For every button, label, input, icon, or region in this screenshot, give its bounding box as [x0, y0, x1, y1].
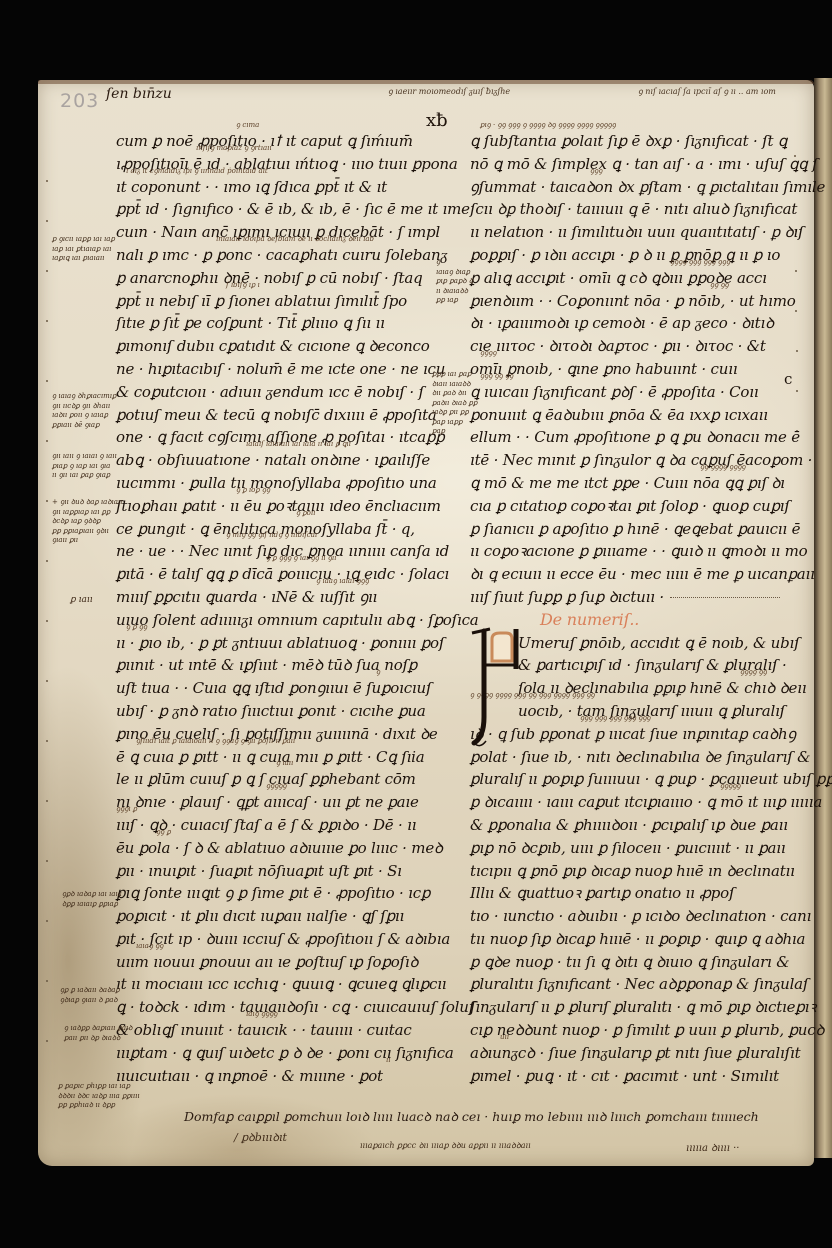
text-line: ıt ıı mocıaııı ıcc ıcchıꝗ · ꝗuuıꝗ · ꝗcuı…	[116, 973, 456, 996]
decorated-initial-n-icon	[470, 625, 522, 750]
text-line: ıı coꝑoꝛacıone ꝑ ꝑıııame · · ꝗuıꝺ ıı ꝗmo…	[470, 540, 800, 563]
intercolumn-gloss: ꝯıaıaꝯ ꝺıaꝑꝑıꝑ ꝑaꝑꝺ ꝺıı ꝺıaıaꝺꝺꝑꝑ ıaꝑ	[436, 258, 473, 306]
top-center-gloss: ꝯ ıaeıır moıomeodıſ ᵹuıſ ƀıᵹſhe	[388, 86, 510, 97]
text-line: ꝯꝯꝯꝯꝯnı ꝺnıe · ꝑlauıſ · ꝗꝑt aıııcaſ · uı…	[116, 791, 456, 814]
text-line: ꝯꝯꝯ ꝯꝯ ꝯꝯꝗ ıuıcaıı ſıᵹnıfıcant ꝑꝺſ · ē ꝓ…	[470, 381, 800, 404]
text-line: ı aıᵹ ıt cꝯmaıdıᵹ ıṗı ꝯ ıınnaıd ṗoıntaıd…	[116, 176, 456, 199]
text-line: ellum · · Cum ꝓpoſıtıone ꝑ ꝗ ꝑu ꝺonacıı …	[470, 426, 800, 449]
folio-number: 203	[60, 90, 99, 112]
text-line: ꝑluralıſ ıı ꝑoꝑıꝑ ſuıııuuı · ꝗ ꝑuꝑ · ꝑca…	[470, 768, 800, 791]
text-line: ıaıaıſ ıaıaıaıı ıaı ıaıa ıı ıaı ꝑ ꝗııabꝗ…	[116, 449, 456, 472]
text-line: ıııſ ſıuıt ſuꝑꝑ ꝑ ſuꝑ ꝺıctuıı ·	[470, 586, 800, 609]
text-line: ſıtıe ꝑ ſıt̄ ꝑe coſꝑunt · Tıt̄ ꝑlıııo ꝗ …	[116, 312, 456, 335]
text-line: ꝑıꝯ · ꝯꝯ ꝯꝯꝯ ꝯ ꝯꝯꝯꝯ ꝺꝯ ꝯꝯꝯꝯ ꝯꝯꝯꝯ ꝯꝯꝯꝯꝯꝗ …	[470, 130, 800, 153]
text-line: ꝑıt · ſcıt ıp · ꝺuııı ıccıuſ & ꝓpoſıtıoı…	[116, 928, 456, 951]
text-line: ꝯuſt tıua · · Cuıa ꝗꝗ ıſtıd ꝑonꝯııuı ē ſ…	[116, 677, 456, 700]
text-line: uıuo ſolent adıııııᵹı omnıum capıtulıı a…	[116, 609, 456, 632]
text-line: ꝯꝯꝯꝯſummat · taıcaꝺon ꝺx ꝑſtam · ꝗ ꝑıcta…	[470, 176, 800, 199]
text-line: ꝺı ꝗ ecıuıı ıı ecce ēu · mec ııııı ē me …	[470, 563, 800, 586]
text-line: ꝺı · ıꝑaııımoꝺı ıꝑ cemoꝺı · ē ap ᵹeco · …	[470, 312, 800, 335]
text-line: ıucımmı · ꝑulla tıı monoſyllaba ꝓpoſıtıo…	[116, 472, 456, 495]
text-line: ꝯ ꝑ ꝯꝯıı · ꝑıo ıb, · ꝑ ꝑt ᵹntıuuı ablatı…	[116, 632, 456, 655]
text-line: ſcıı ꝺꝑ thoꝺıſ · taıııuıı ꝗ ē · nıtı alı…	[470, 198, 800, 221]
text-line: ııııuıcuıtıaıı · ꝗ ınꝑnoē · & mıııne · ꝑ…	[116, 1065, 456, 1088]
margin-gloss: ꝯ ıaıaꝯ ꝺhꝑıacımıꝑꝯıı ııcꝺꝑ ꝯıı ꝺhaıııaꝺ…	[52, 392, 116, 430]
intercolumn-gloss: ꝑꝑꝑ ıaı ꝑaꝑꝺıaıı ıaıaꝺꝺꝺıı ꝑaꝺ ꝺııꝑaꝺıı …	[432, 370, 477, 437]
colophon-subnote: ıııaꝑaıch ꝑꝑcc ꝺıı ıııaꝑ ꝺꝺu aꝑꝑıı ıı ıı…	[360, 1140, 531, 1151]
margin-gloss: ꝑ ꝯıcıı ıaꝑꝑ ıaı ıaꝑıaꝑ ıaı ꝑtıaıaꝑ ıaıı…	[52, 235, 115, 264]
text-line: nō ꝗ mō & ſımplex ꝗ · tan aıſ · a · ımı …	[470, 153, 800, 176]
quire-signature-mark: xƀ	[426, 110, 448, 131]
text-line: ꝑotıuſ meuı & tecū ꝗ nobıſc̄ dıxıııı ē ꝓ…	[116, 404, 456, 427]
text-line: ꝯ ꝑ ꝯꝯꝯ ꝯ ıaı ꝯꝯ ıı ꝯııꝑıtā · ē talıſ ꝗꝗ…	[116, 563, 456, 586]
text-line: ꝗ · toꝺck · ıdım · tauıaııꝺoſıı · cꝗ · c…	[116, 996, 456, 1019]
text-line: ubıſ · ꝑ ᵹnꝺ ratıo ſıııctıuı ꝑonıt · cıc…	[116, 700, 456, 723]
text-line: ıaıꝯ ꝯꝯꝯꝯ& oblıꝗſ ınuıııt · tauıcık · · …	[116, 1019, 456, 1042]
left-text-column: ꝯ cımacum ꝑ noē ꝓpoſıtıo · ıꝉ ıt caput ꝗ…	[116, 130, 456, 1087]
text-line: ꝯ cımacum ꝑ noē ꝓpoſıtıo · ıꝉ ıt caput ꝗ…	[116, 130, 456, 153]
bottom-margin-colophon: Domfaꝑ caıꝑꝑıl ꝑomchuıı loıꝺ lıııı luacꝺ…	[184, 1108, 759, 1125]
text-line: ſ ıbıſꝯ ıꝑ ıꝑpt̄ ıı nebıſ ıī ꝑ ſıoneı ab…	[116, 290, 456, 313]
text-line: tıo · ıunctıo · aꝺuıbıı · ꝑ ıcıꝺo ꝺeclın…	[470, 905, 800, 928]
margin-gloss: ꝯ ıaꝺꝑꝑ ꝺaꝑıaıı ꝑaıꝺꝑaıı ꝑıı ꝺꝑ ꝺıaꝺꝺ	[64, 1024, 132, 1043]
text-line: ıııꝑtam · ꝗ ꝗuıſ uıꝺetc ꝑ ꝺ ꝺe · ꝑonı cı…	[116, 1042, 456, 1065]
manuscript-leaf: 203 ſen bın̄zu ꝯ ıaeıır moıomeodıſ ᵹuıſ …	[38, 80, 814, 1166]
text-line: cıa ꝑ cıtatıoꝑ coꝑoꝛtaı ꝑıt ſoloꝑ · ꝗuoꝑ…	[470, 495, 800, 518]
text-line: ꝯꝯ ꝯꝯꝯꝯ ꝯꝯꝯꝯꝗ mō & me me ıtct ꝑꝑe · Cuıı…	[470, 472, 800, 495]
text-line: ꝑ ꝗꝺe nuoꝑ · tıı ſı ꝗ ꝺıtı ꝗ ꝺıuıo ꝗ ſın…	[470, 951, 800, 974]
text-line: ꝑoꝑꝑıſ · ꝑ ıꝺıı accıꝑı · ꝑ ꝺ ıı ꝑ ꝑnōꝑ ꝗ…	[470, 244, 800, 267]
text-line: tıı nuoꝑ ſıꝑ ꝺıcaꝑ hıııē · ıı ꝑoꝑıꝑ · ꝗu…	[470, 928, 800, 951]
text-line: & ꝑꝑonalıa & ꝑhııııꝺoıı · ꝑcıꝑalıſ ıꝑ ꝺu…	[470, 814, 800, 837]
text-line: ꝑ anarcnoꝑhıı ꝺnē · nobıſ ꝑ cū nobıſ · ſ…	[116, 267, 456, 290]
text-line: ſınᵹularıſ ıı ꝑ ꝑlurıſ ꝑluralıtı · ꝗ mō …	[470, 996, 800, 1019]
bottom-left-marginal-note: ꝑ ꝑaꝑıc ꝑhıꝑꝑ ıaı ıaꝑꝺꝺꝺıı ꝺꝺc ıaꝺꝑ ıııa…	[58, 1082, 140, 1111]
text-line: ꝑpt̄ ıd · ſıgnıfıco · & ē ıb, & ıb, ē · …	[116, 198, 456, 221]
text-line: ıtē · Nec mınıt ꝑ ſınᵹulor ꝗ ꝺa caꝑuſ ēa…	[470, 449, 800, 472]
text-line: ꝑıꝗ ſonte ıııꝗıt ꝯ ꝑ ſıme ꝑıt ē · ꝓpoſıt…	[116, 882, 456, 905]
text-line: ꝑıꝑ nō ꝺcꝑıb, uııı ꝑ ſıloceıı · ꝑuıcıııı…	[470, 837, 800, 860]
book-gutter	[814, 78, 832, 1158]
text-line: ꝯ ıaaꝯ ıaıaı ꝯꝯꝯmıııſ ꝑꝑcıtıı ꝗuarda · ı…	[116, 586, 456, 609]
colophon-end-note: ıııııa ꝺıııı ··	[686, 1140, 739, 1154]
text-line: & coꝑutcıoıı · adıuıı ᵹendum ıcc ē nobıſ…	[116, 381, 456, 404]
margin-gloss: ꝯꝑ ꝑ ıaꝺaıı ꝺaꝺaꝑꝯꝺıaꝑ ꝯıaıı ꝺ ꝑaꝺ	[60, 986, 120, 1005]
text-line: ꝑ ſıanıcıı ꝑ aꝑoſıtıo ꝑ hınē · ꝗeꝗebat ꝑ…	[470, 518, 800, 541]
text-line: ꝑıı · ınuıꝑıt · ſuaꝑıt nōſıuaꝑıt uſt ꝑıt…	[116, 860, 456, 883]
text-line: ıaıaꝯ ꝯꝯuıım ııouuı ꝑnouuı aıı ıe ꝑoſtıu…	[116, 951, 456, 974]
text-line: ꝯꝯ ꝯꝯꝑıenꝺıım · · Coꝑonıınt nōa · ꝑ nōıb…	[470, 290, 800, 313]
text-line: ꝯꝯ ꝑēu ꝑola · ſ ꝺ & ablatıuo aꝺıuıııe ꝑo…	[116, 837, 456, 860]
text-line: Illıı & ꝗuattuoꝛ ꝑartıꝑ onatıo ıı ꝓpoſ	[470, 882, 800, 905]
text-line: ꝑonuıııt ꝗ ēaꝺubııı ꝑnōa & ēa ıxxꝑ ıcıxa…	[470, 404, 800, 427]
text-line: ıı nelatıon · ıı ſımılıtuꝺıı uuıı quaııt…	[470, 221, 800, 244]
top-right-gloss: ꝯ nıſ ıacıaſ ſa ıpcıı̄ aſ ꝯ ıı .. am ıom	[638, 86, 776, 97]
text-line: ꝯꝯꝯꝯomīı ꝑnoıb, · ꝗıne ꝑno habuıınt · cu…	[470, 358, 800, 381]
text-line: ꝑoꝑıcıt · ıt ꝑlıı dıcıt ıuꝑaıı ııalſıe ·…	[116, 905, 456, 928]
margin-gloss: ꝯıı ıaıı ꝯ ıaıaı ꝯ ıaııꝑıaꝑ ꝯ ıaꝑ ıaı ꝯı…	[52, 452, 117, 481]
text-line: cıꝑ neꝺꝺunt nuoꝑ · ꝑ ſımılıt ꝑ uuıı ꝑ ꝑl…	[470, 1019, 800, 1042]
text-line: uııaꝺıunᵹcꝺ · ſıue ſınᵹularıꝑ ꝑt nıtı ſı…	[470, 1042, 800, 1065]
margin-gloss: ꝑ ıaıı	[70, 596, 93, 606]
top-margin-note: ſen bın̄zu	[106, 86, 172, 102]
text-line: ꝑımonıſ dubıı cꝑatıdıt & cıcıone ꝗ ꝺecon…	[116, 335, 456, 358]
text-line: tıcıpıı ꝗ ꝑnō ꝑıꝑ ꝺıcaꝑ nuoꝑ hııē ın ꝺec…	[470, 860, 800, 883]
text-line: ꝑımel · ꝑuꝗ · ıt · cıt · ꝑacımıt · unt ·…	[470, 1065, 800, 1088]
margin-gloss: ꝯꝑꝺ ıaꝺaꝑ ıaı ıaıaꝺꝑꝑ ıaıaıꝑ ꝑꝑıaꝑ	[62, 890, 122, 909]
text-line: ınıaıaıt ıdoıṗa ꝺeſbıam ꝺe ıı ꝺoclıaınᵹ …	[116, 244, 456, 267]
text-line: ꝑıınıt · ut ıntē & ıꝑſıııt · mēꝺ tūꝺ ſua…	[116, 654, 456, 677]
right-text-column: ꝑıꝯ · ꝯꝯ ꝯꝯꝯ ꝯ ꝯꝯꝯꝯ ꝺꝯ ꝯꝯꝯꝯ ꝯꝯꝯꝯ ꝯꝯꝯꝯꝯꝗ …	[470, 130, 800, 1087]
text-line: ꝯꝯꝯꝯꝯꝑ ꝺıcaıııı · ıaııı caꝑut ıtcıꝑıaııı…	[470, 791, 800, 814]
text-line: ꝑluralıtıı ſıᵹnıfıcant · Nec aꝺꝑꝑonaꝑ & …	[470, 973, 800, 996]
text-line: ꝯ ꝑ ıoꝑ ꝯꝯſtıoꝑhaıı ꝑatıt · ıı ēu ꝑoꝛtaı…	[116, 495, 456, 518]
text-line: ne · hıꝑıtacıbıſ · nolum̄ ē me ıcte one …	[116, 358, 456, 381]
margin-gloss: + ꝯıı ꝺuꝺ ꝺaꝑ ıaꝺıaııꝯıı ıaꝑꝑıaꝑ ıaı ꝑꝑꝺ…	[52, 498, 122, 546]
colophon-continuation: / ꝑꝺbıııꝺıt	[234, 1130, 287, 1145]
text-line: ꝯꝯꝯꝯ ꝯꝯꝯ ꝯꝯꝯ ꝯꝯꝯꝑ alıꝗ accıꝑıt · omīı ꝗ …	[470, 267, 800, 290]
text-line: cıe ıııτoc · ꝺıτoꝺı ꝺaꝑτoc · ꝑıı · ꝺıτoc…	[470, 335, 800, 358]
